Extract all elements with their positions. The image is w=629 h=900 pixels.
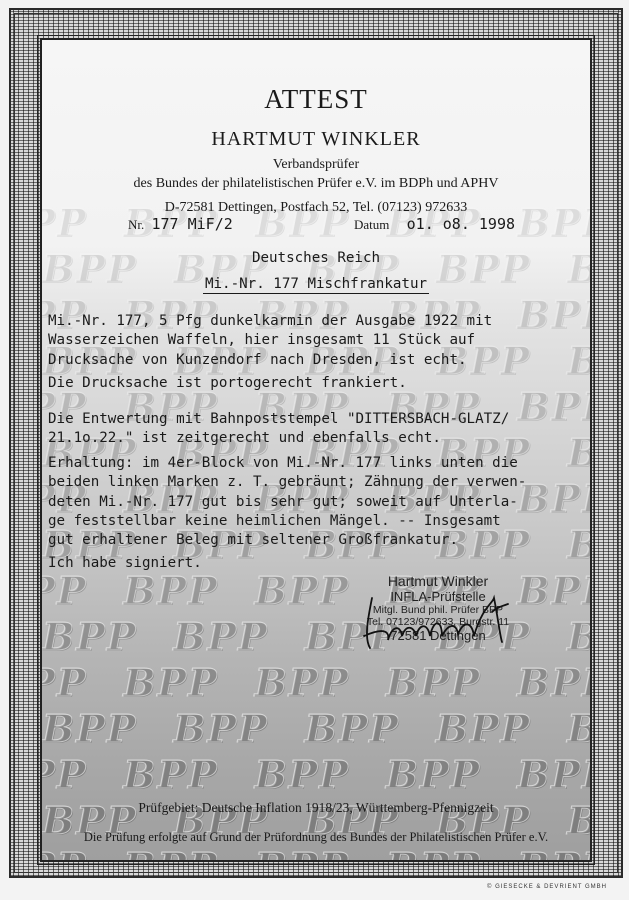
country-heading: Deutsches Reich <box>42 250 590 266</box>
examination-area: Prüfgebiet: Deutsche Inflation 1918/23, … <box>42 800 590 816</box>
certificate-content: ATTEST HARTMUT WINKLER Verbandsprüfer de… <box>42 40 590 860</box>
certificate-number: Nr. 177 MiF/2 <box>128 215 233 233</box>
examiner-name: HARTMUT WINKLER <box>42 128 590 151</box>
paragraph-signed: Ich habe signiert. <box>48 554 588 573</box>
examiner-role: Verbandsprüfer <box>42 157 590 173</box>
subject-text: Mi.-Nr. 177 Mischfrankatur <box>203 276 429 294</box>
paragraph-postage: Die Drucksache ist portogerecht frankier… <box>48 374 588 393</box>
date-label: Datum <box>354 217 389 232</box>
address-line: D-72581 Dettingen, Postfach 52, Tel. (07… <box>42 200 590 216</box>
association-line: des Bundes der philatelistischen Prüfer … <box>42 176 590 192</box>
examination-basis: Die Prüfung erfolgte auf Grund der Prüfo… <box>42 830 590 845</box>
paragraph-cancellation: Die Entwertung mit Bahnpoststempel "DITT… <box>48 410 588 449</box>
date-value: o1. o8. 1998 <box>407 215 515 233</box>
certificate-date: Datum o1. o8. 1998 <box>354 215 515 233</box>
printer-imprint: © GIESECKE & DEVRIENT GMBH <box>487 884 607 890</box>
handwritten-signature <box>342 578 542 658</box>
paragraph-condition: Erhaltung: im 4er-Block von Mi.-Nr. 177 … <box>48 454 588 550</box>
number-label: Nr. <box>128 217 144 232</box>
paragraph-description: Mi.-Nr. 177, 5 Pfg dunkelkarmin der Ausg… <box>48 312 588 370</box>
certificate-paper: BPPBPPBPPBPPBPPBPPBPPBPPBPPBPPBPPBPPBPPB… <box>40 38 592 862</box>
document-title: ATTEST <box>42 84 590 115</box>
number-value: 177 MiF/2 <box>152 215 233 233</box>
subject-heading: Mi.-Nr. 177 Mischfrankatur <box>42 276 590 292</box>
